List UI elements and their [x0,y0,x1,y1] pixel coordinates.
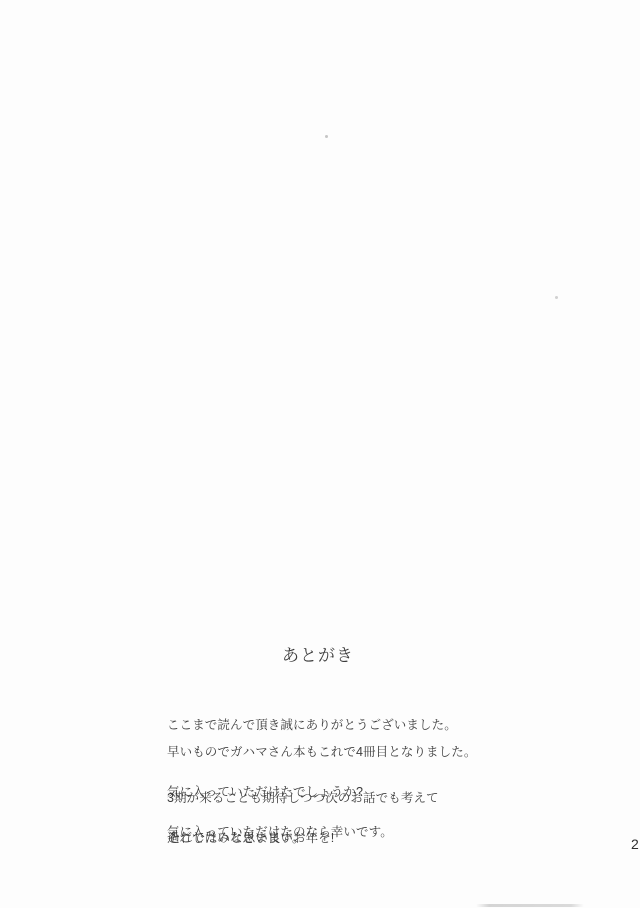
scan-speck [325,135,328,138]
scan-speck [555,296,558,299]
paragraph-farewell: それではみなさま良いお年を! [167,806,334,859]
text-line: 3期が来ることも期待しつつ次のお話でも考えて [167,792,439,805]
afterword-heading: あとがき [282,641,354,666]
scan-edge-streak [476,904,584,907]
page-number: 2 [631,836,639,852]
text-line: それではみなさま良いお年を! [167,832,334,845]
text-line: 早いものでガハマさん本もこれで4冊目となりました。 [167,746,476,759]
scanned-afterword-page: { "afterword": { "heading": "あとがき", "par… [0,0,640,908]
